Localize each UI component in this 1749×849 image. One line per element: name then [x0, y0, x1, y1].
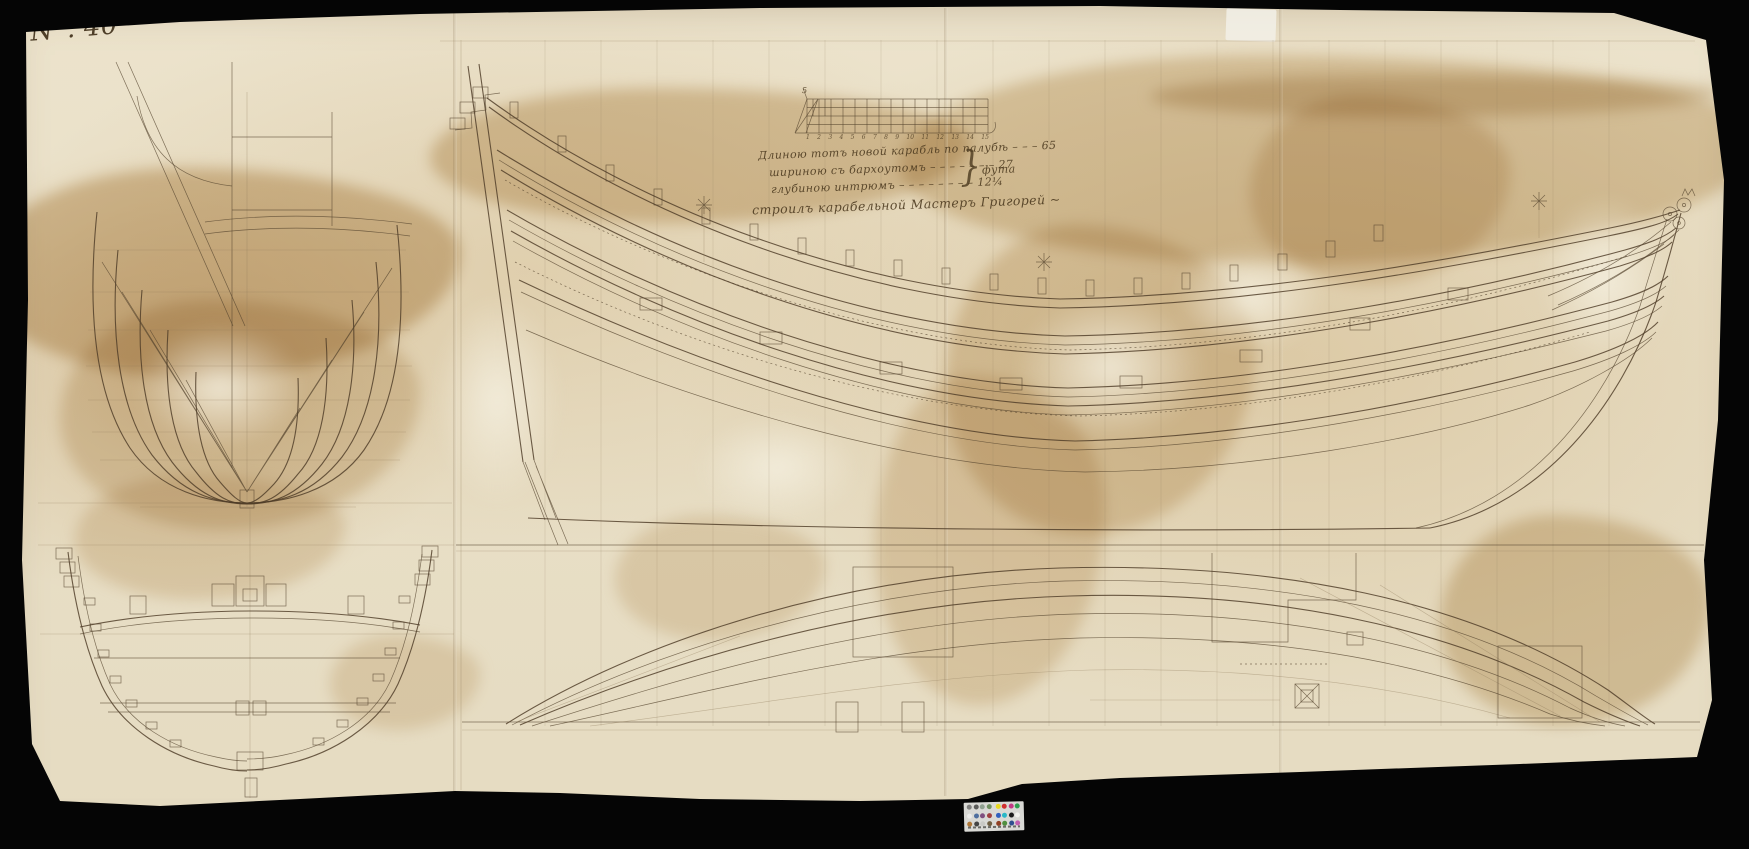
color-swatch	[973, 804, 978, 809]
scale-tick-label: 1	[806, 134, 810, 141]
body-plan-view	[86, 62, 412, 508]
midship-section-view	[40, 508, 454, 798]
paper-sheet: N°. 40 Длиною тотъ новой карабль по палу…	[0, 0, 1749, 849]
color-swatch	[1015, 812, 1020, 817]
color-swatch	[995, 804, 1000, 809]
color-swatch	[1002, 812, 1007, 817]
scale-tick-label: 5	[851, 134, 855, 141]
color-swatch	[1002, 804, 1007, 809]
scale-bar-numbers: 123456789101112131415	[806, 134, 989, 141]
color-swatch	[987, 804, 992, 809]
color-swatch	[1015, 803, 1020, 808]
color-swatch	[967, 805, 972, 810]
sheer-plan-view	[450, 64, 1695, 545]
color-swatch	[1009, 812, 1014, 817]
color-swatch	[967, 813, 972, 818]
scale-tick-label: 14	[966, 134, 974, 141]
scale-tick-label: 11	[921, 134, 929, 141]
half-breadth-view	[506, 553, 1655, 732]
annotation-unit: фута	[982, 162, 1016, 176]
color-swatch	[980, 813, 985, 818]
scale-tick-label: 12	[936, 134, 944, 141]
scale-bar-top-label: 5	[802, 86, 808, 95]
star-mark	[1036, 253, 1052, 271]
color-swatch	[995, 812, 1000, 817]
scale-tick-label: 15	[981, 134, 989, 141]
scale-tick-label: 9	[895, 134, 899, 141]
color-swatch	[974, 813, 979, 818]
annotation-brace: }	[959, 141, 982, 191]
drawing-linework	[0, 0, 1749, 849]
scale-tick-label: 10	[906, 134, 914, 141]
color-swatch	[1008, 803, 1013, 808]
color-swatch	[980, 804, 985, 809]
color-swatch	[987, 813, 992, 818]
scale-tick-label: 13	[951, 134, 959, 141]
scale-tick-label: 8	[884, 134, 888, 141]
scale-tick-label: 3	[828, 134, 832, 141]
scale-tick-label: 7	[873, 134, 877, 141]
star-mark	[1531, 192, 1547, 238]
scale-tick-label: 6	[862, 134, 866, 141]
scale-tick-label: 4	[839, 134, 843, 141]
scale-tick-label: 2	[817, 134, 821, 141]
scan-background: N°. 40 Длиною тотъ новой карабль по палу…	[0, 0, 1749, 849]
